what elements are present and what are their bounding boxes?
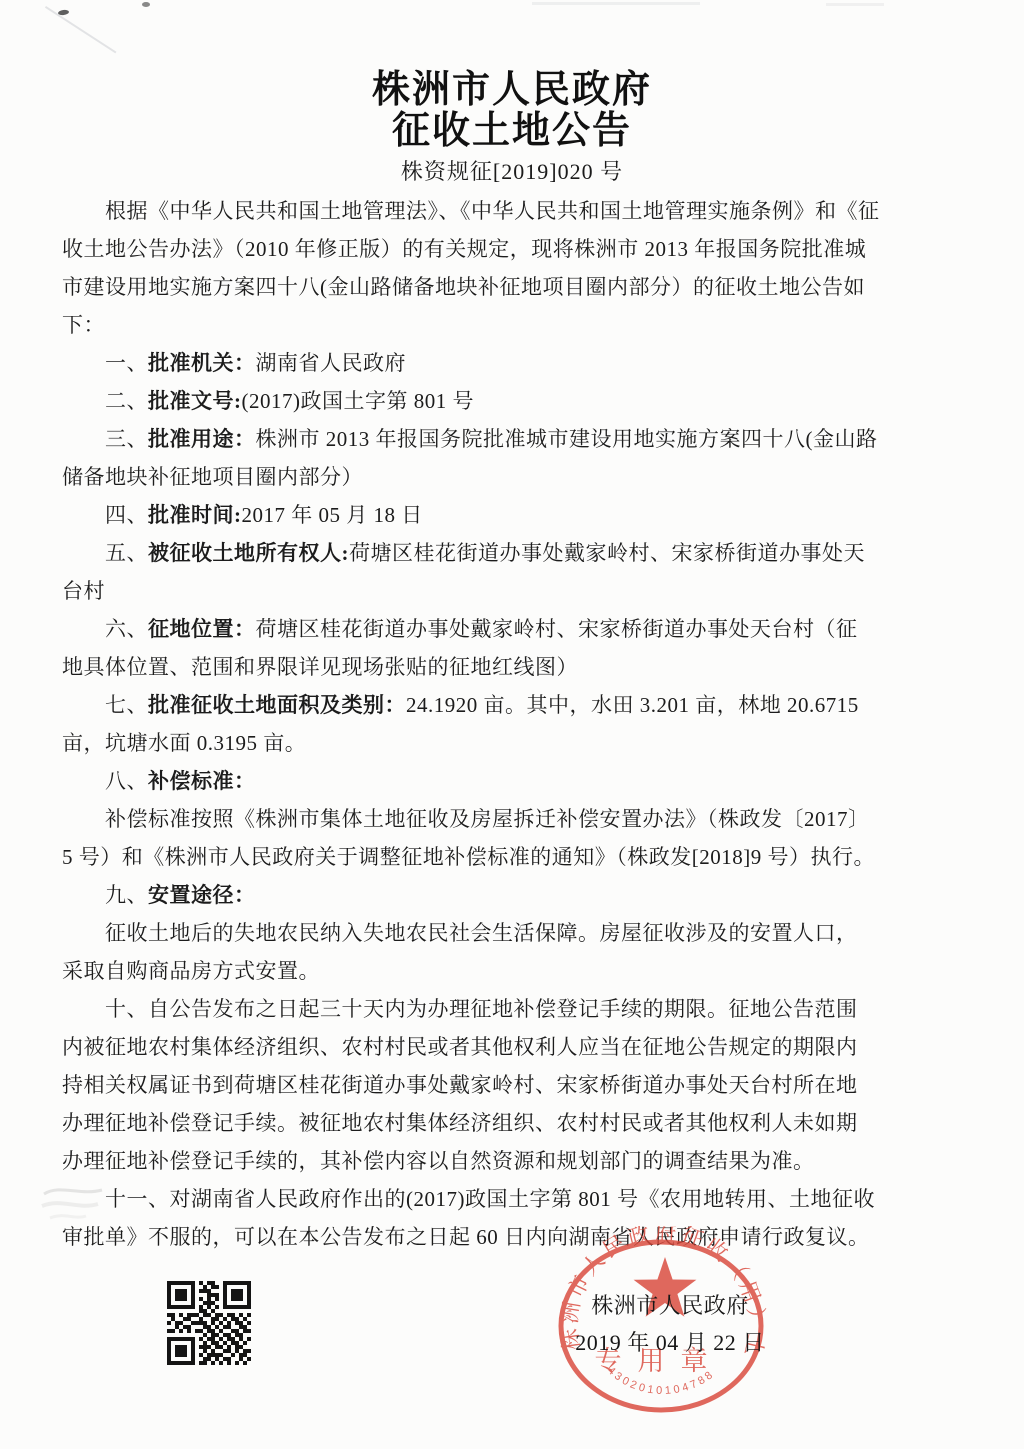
body-line: 二、批准文号:(2017)政国土字第 801 号 <box>62 382 967 420</box>
body-line: 收土地公告办法》（2010 年修正版）的有关规定，现将株洲市 2013 年报国务… <box>62 230 967 268</box>
scan-streak <box>532 2 700 5</box>
body-line: 下： <box>62 306 967 344</box>
body-line: 持相关权属证书到荷塘区桂花街道办事处戴家岭村、宋家桥街道办事处天台村所在地 <box>62 1066 967 1104</box>
body-line: 台村 <box>62 572 967 610</box>
body-line: 储备地块补征地项目圈内部分） <box>62 458 967 496</box>
body-line: 地具体位置、范围和界限详见现场张贴的征地红线图） <box>62 648 967 686</box>
body-line: 四、批准时间:2017 年 05 月 18 日 <box>62 496 967 534</box>
signature-block: 株洲市人民政府 2019 年 04 月 22 日 <box>520 1287 820 1361</box>
body-line: 六、征地位置：荷塘区桂花街道办事处戴家岭村、宋家桥街道办事处天台村（征 <box>62 610 967 648</box>
body-line: 采取自购商品房方式安置。 <box>62 952 967 990</box>
scan-speck <box>142 2 150 7</box>
body-line: 补偿标准按照《株洲市集体土地征收及房屋拆迁补偿安置办法》（株政发〔2017〕 <box>62 800 967 838</box>
body-line: 办理征地补偿登记手续的，其补偿内容以自然资源和规划部门的调查结果为准。 <box>62 1142 967 1180</box>
body-line: 十、自公告发布之日起三十天内为办理征地补偿登记手续的期限。征地公告范围 <box>62 990 967 1028</box>
document-title: 株洲市人民政府 征收土地公告 <box>0 70 1024 152</box>
body-line: 根据《中华人民共和国土地管理法》、《中华人民共和国土地管理实施条例》和《征 <box>62 192 967 230</box>
body-line: 亩，坑塘水面 0.3195 亩。 <box>62 724 967 762</box>
scan-streak <box>826 3 884 6</box>
body-line: 九、安置途径： <box>62 876 967 914</box>
document-number: 株资规征[2019]020 号 <box>0 155 1024 186</box>
body-line: 审批单》不服的，可以在本公告发布之日起 60 日内向湖南省人民政府申请行政复议。 <box>62 1218 967 1256</box>
qr-code <box>167 1281 251 1365</box>
scan-scratch <box>45 6 116 53</box>
body-line: 七、批准征收土地面积及类别：24.1920 亩。其中，水田 3.201 亩，林地… <box>62 686 967 724</box>
body-line: 5 号）和《株洲市人民政府关于调整征地补偿标准的通知》（株政发[2018]9 号… <box>62 838 967 876</box>
body-line: 十一、对湖南省人民政府作出的(2017)政国土字第 801 号《农用地转用、土地… <box>62 1180 967 1218</box>
scanned-announcement-page: 株洲市人民政府 征收土地公告 株资规征[2019]020 号 根据《中华人民共和… <box>0 0 1024 1449</box>
document-body: 根据《中华人民共和国土地管理法》、《中华人民共和国土地管理实施条例》和《征收土地… <box>62 192 967 1256</box>
body-line: 一、批准机关：湖南省人民政府 <box>62 344 967 382</box>
body-line: 市建设用地实施方案四十八(金山路储备地块补征地项目圈内部分）的征收土地公告如 <box>62 268 967 306</box>
body-line: 八、补偿标准： <box>62 762 967 800</box>
body-line: 内被征地农村集体经济组织、农村村民或者其他权利人应当在征地公告规定的期限内 <box>62 1028 967 1066</box>
signature-date: 2019 年 04 月 22 日 <box>520 1324 820 1361</box>
title-line-1: 株洲市人民政府 <box>0 70 1024 111</box>
body-line: 办理征地补偿登记手续。被征地农村集体经济组织、农村村民或者其他权利人未如期 <box>62 1104 967 1142</box>
body-line: 三、批准用途：株洲市 2013 年报国务院批准城市建设用地实施方案四十八(金山路 <box>62 420 967 458</box>
body-line: 征收土地后的失地农民纳入失地农民社会生活保障。房屋征收涉及的安置人口， <box>62 914 967 952</box>
title-line-2: 征收土地公告 <box>0 111 1024 152</box>
signature-issuer: 株洲市人民政府 <box>520 1287 820 1324</box>
body-line: 五、被征收土地所有权人:荷塘区桂花街道办事处戴家岭村、宋家桥街道办事处天 <box>62 534 967 572</box>
